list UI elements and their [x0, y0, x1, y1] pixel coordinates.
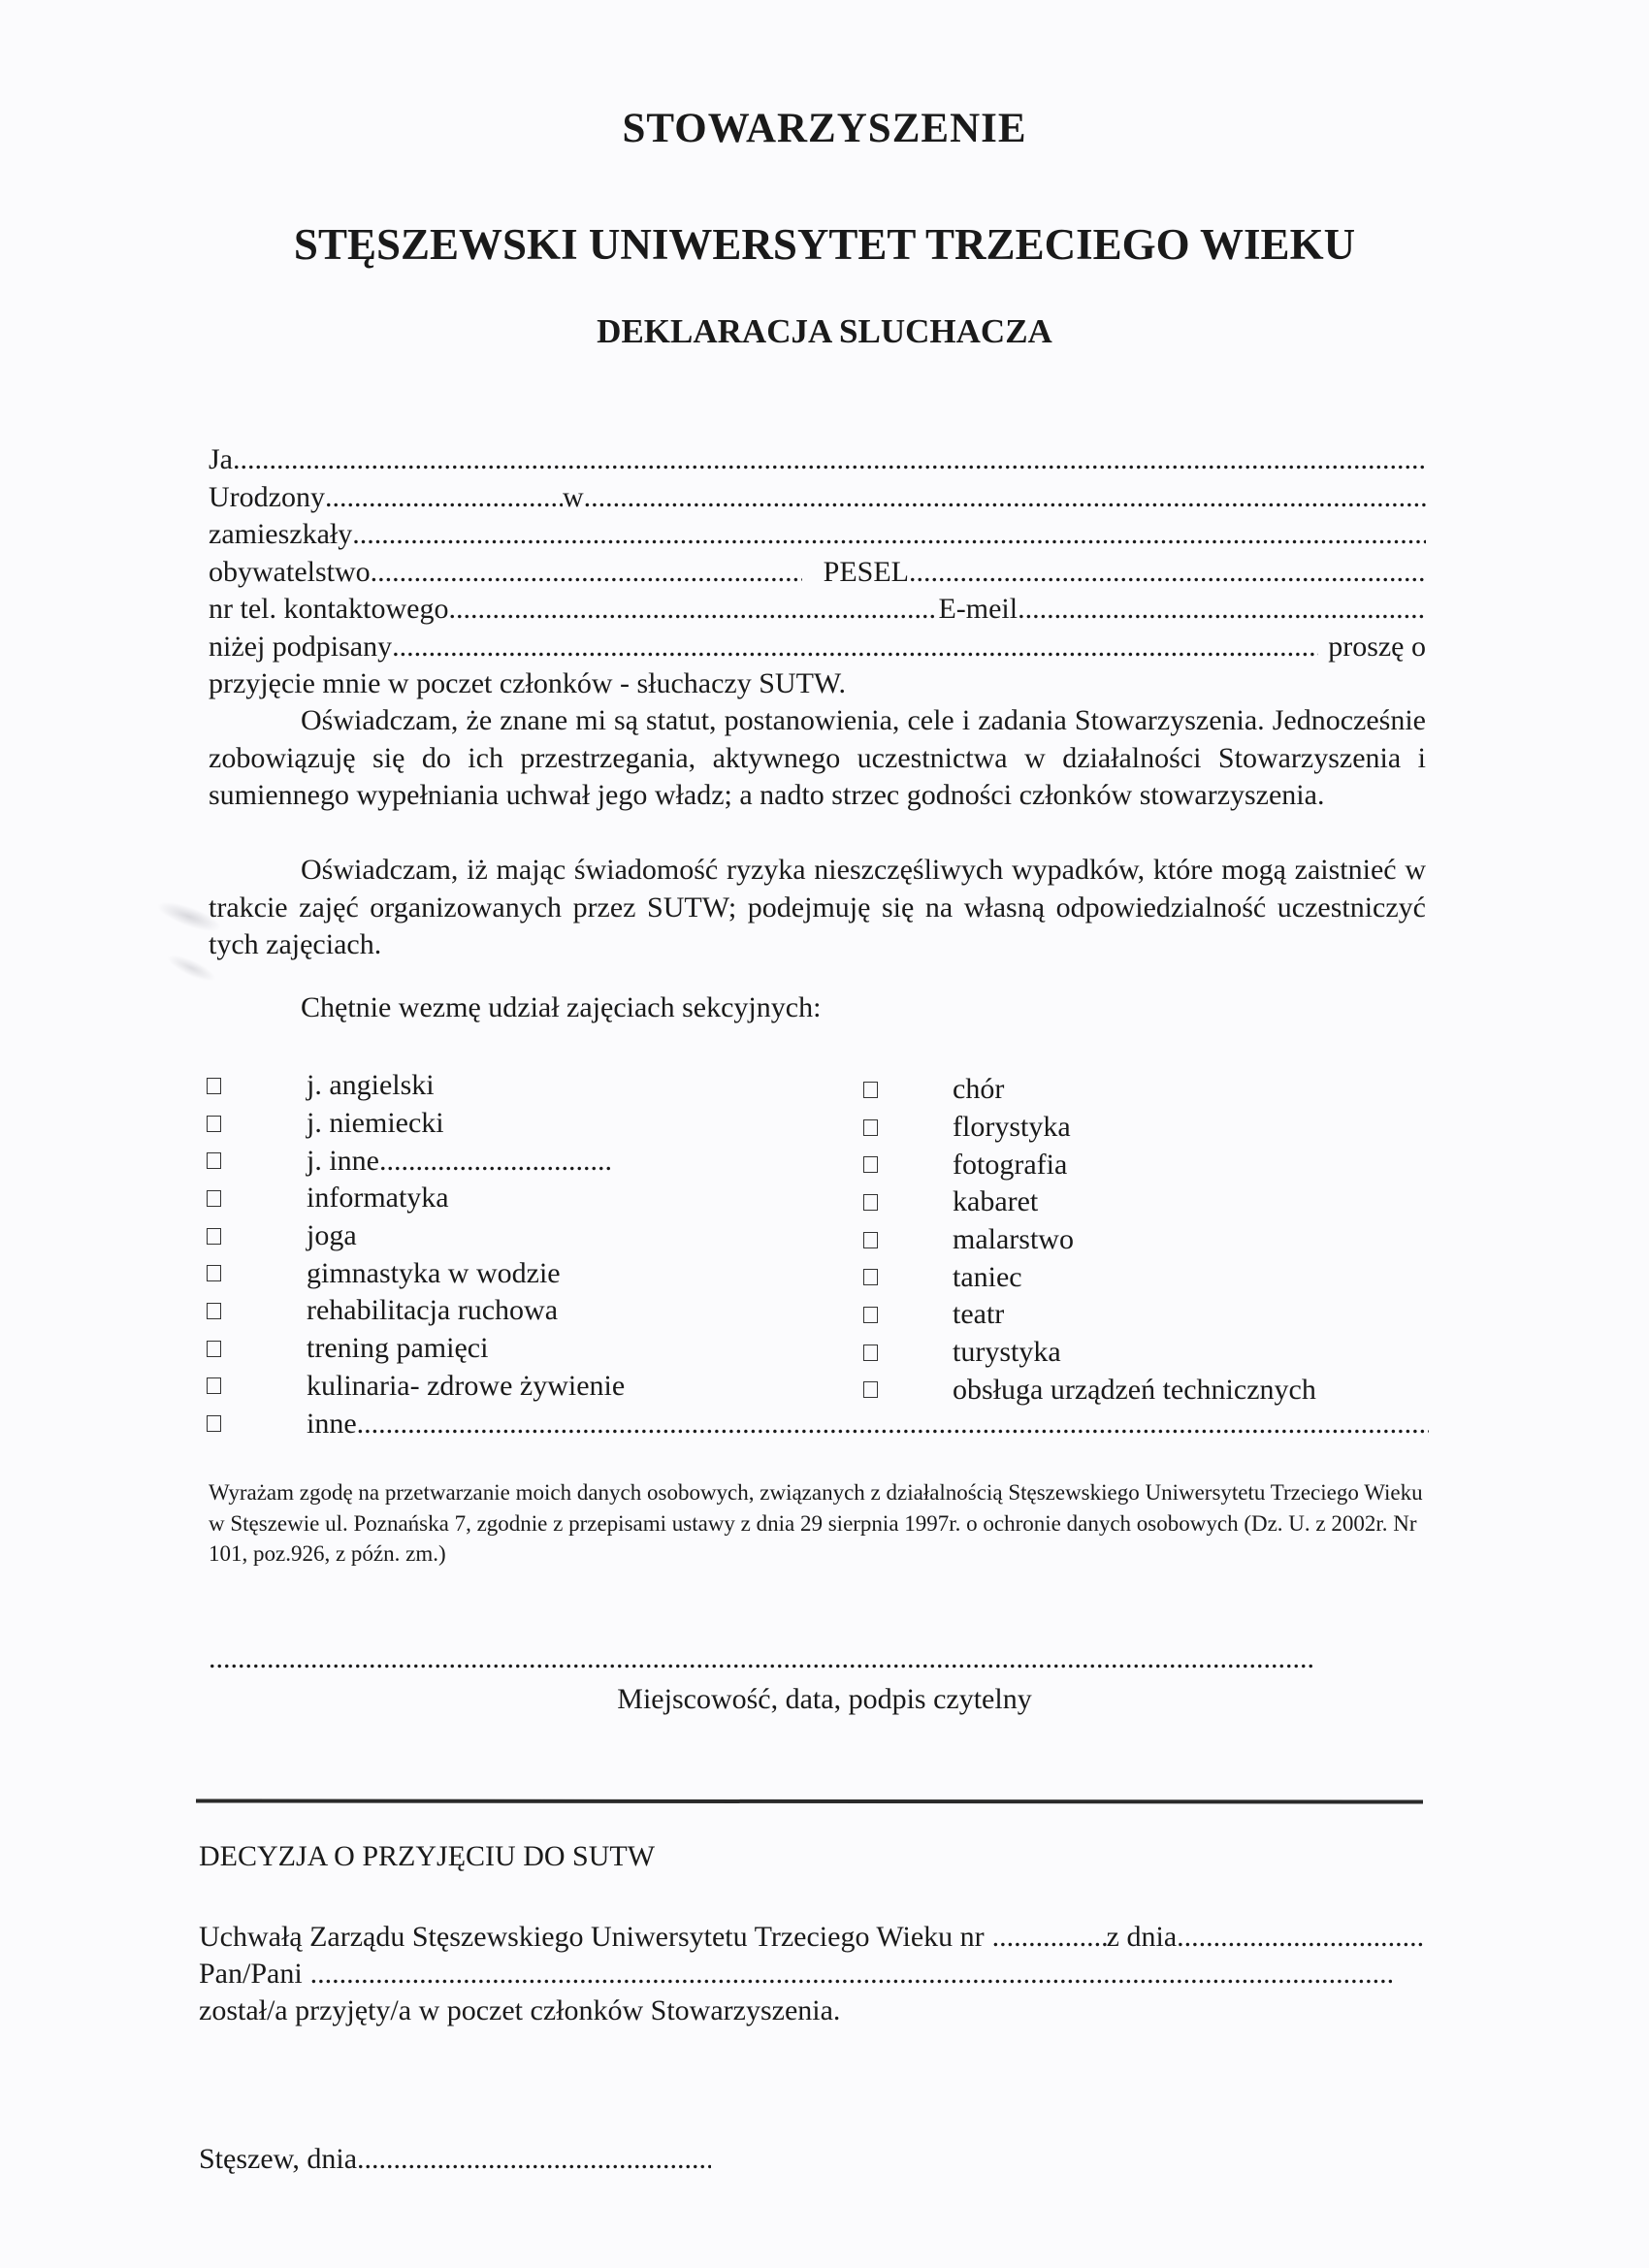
section-option: inne: [207, 1405, 1429, 1442]
member-label: Pan/Pani: [199, 1956, 303, 1993]
place-date-label: Stęszew, dnia: [199, 2141, 357, 2178]
field-name-row: Ja: [209, 441, 1426, 479]
signature-label: Miejscowość, data, podpis czytelny: [0, 1683, 1649, 1716]
field-email-label: E-meil: [938, 591, 1018, 629]
field-pesel-input[interactable]: [909, 554, 1426, 592]
data-consent-text: Wyrażam zgodę na przetwarzanie moich dan…: [209, 1477, 1426, 1570]
checkbox[interactable]: [207, 1415, 221, 1432]
resolution-row: Uchwałą Zarządu Stęszewskiego Uniwersyte…: [199, 1919, 1426, 1956]
decision-block: Uchwałą Zarządu Stęszewskiego Uniwersyte…: [199, 1919, 1426, 2178]
section-option-label: trening pamięci: [307, 1332, 488, 1365]
checkbox[interactable]: [863, 1381, 878, 1398]
resolution-label: Uchwałą Zarządu Stęszewskiego Uniwersyte…: [199, 1919, 985, 1956]
section-option: taniec: [863, 1258, 1406, 1296]
field-address-input[interactable]: [352, 516, 1426, 554]
field-citizenship-input[interactable]: [371, 554, 802, 592]
section-option-label: j. angielski: [307, 1069, 435, 1102]
section-option-label: florystyka: [953, 1111, 1071, 1144]
section-option-label: fotografia: [953, 1149, 1067, 1182]
checkbox[interactable]: [207, 1377, 221, 1394]
section-option: malarstwo: [863, 1221, 1406, 1259]
checkbox[interactable]: [863, 1119, 878, 1136]
field-birthdate-input[interactable]: [325, 479, 563, 517]
field-request-label: proszę o: [1328, 629, 1426, 666]
checkbox[interactable]: [207, 1341, 221, 1357]
section-option-label: kabaret: [953, 1185, 1038, 1218]
section-option-label: taniec: [953, 1261, 1022, 1294]
signature-input[interactable]: [209, 1642, 1423, 1683]
field-citizenship-label: obywatelstwo: [209, 554, 371, 592]
field-name-label: Ja: [209, 441, 233, 479]
admission-request-text: przyjęcie mnie w poczet członków - słuch…: [209, 665, 846, 703]
field-pesel-label: PESEL: [824, 554, 909, 592]
section-option-label: j. inne: [307, 1145, 379, 1178]
section-option-label: chór: [953, 1073, 1004, 1106]
section-option-label: rehabilitacja ruchowa: [307, 1294, 558, 1327]
field-admission-text: przyjęcie mnie w poczet członków - słuch…: [209, 665, 1426, 703]
checkbox[interactable]: [863, 1194, 878, 1211]
section-option-label: j. niemiecki: [307, 1107, 444, 1140]
resolution-date-label: z dnia: [1107, 1919, 1177, 1956]
member-row: Pan/Pani: [199, 1956, 1392, 1993]
org-type-heading: STOWARZYSZENIE: [0, 105, 1649, 152]
section-option-label: malarstwo: [953, 1223, 1074, 1256]
document-title: DEKLARACJA SLUCHACZA: [0, 312, 1649, 351]
section-option-label: inne: [307, 1408, 357, 1441]
section-option-label: turystyka: [953, 1336, 1061, 1369]
field-birthplace-label: w: [563, 479, 584, 517]
field-signed-input[interactable]: [392, 629, 1318, 666]
checkbox[interactable]: [207, 1190, 221, 1207]
declaration-liability: Oświadczam, iż mając świadomość ryzyka n…: [209, 852, 1426, 964]
checkbox[interactable]: [863, 1307, 878, 1323]
resolution-number-input[interactable]: [992, 1919, 1107, 1956]
field-signed-label: niżej podpisany: [209, 629, 392, 666]
section-option-label: informatyka: [307, 1182, 449, 1215]
section-option-label: joga: [307, 1219, 357, 1252]
section-option: obsługa urządzeń technicznych: [863, 1372, 1406, 1409]
checkbox[interactable]: [207, 1078, 221, 1094]
section-option: fotografia: [863, 1146, 1406, 1183]
member-name-input[interactable]: [310, 1956, 1392, 1993]
field-email-input[interactable]: [1018, 591, 1426, 629]
section-option-label: obsługa urządzeń technicznych: [953, 1374, 1316, 1407]
section-option-label: teatr: [953, 1298, 1004, 1331]
field-citizenship-row: obywatelstwo PESEL: [209, 554, 1426, 592]
section-option: teatr: [863, 1296, 1406, 1334]
checkbox[interactable]: [207, 1152, 221, 1169]
checkbox[interactable]: [863, 1156, 878, 1173]
field-address-row: zamieszkały: [209, 516, 1426, 554]
field-birthplace-input[interactable]: [584, 479, 1426, 517]
field-phone-label: nr tel. kontaktowego: [209, 591, 448, 629]
accepted-text: został/a przyjęty/a w poczet członków St…: [199, 1993, 840, 2029]
checkbox[interactable]: [207, 1303, 221, 1319]
section-option: kabaret: [863, 1183, 1406, 1221]
section-option-label: kulinaria- zdrowe żywienie: [307, 1370, 625, 1403]
field-address-label: zamieszkały: [209, 516, 352, 554]
section-option: turystyka: [863, 1334, 1406, 1372]
declaration-statute: Oświadczam, że znane mi są statut, posta…: [209, 702, 1426, 815]
checkbox[interactable]: [863, 1345, 878, 1361]
checkbox[interactable]: [207, 1228, 221, 1245]
resolution-date-input[interactable]: [1177, 1919, 1426, 1956]
section-option-label: gimnastyka w wodzie: [307, 1257, 561, 1290]
checkbox[interactable]: [863, 1232, 878, 1248]
decision-title: DECYZJA O PRZYJĘCIU DO SUTW: [199, 1840, 655, 1873]
field-phone-row: nr tel. kontaktowego E-meil: [209, 591, 1426, 629]
checkbox[interactable]: [207, 1265, 221, 1281]
field-phone-input[interactable]: [448, 591, 938, 629]
section-other-input[interactable]: [379, 1145, 612, 1178]
field-birth-label: Urodzony: [209, 479, 325, 517]
section-divider: [196, 1798, 1423, 1803]
checkbox[interactable]: [863, 1269, 878, 1285]
sections-heading: Chętnie wezmę udział zajęciach sekcyjnyc…: [301, 991, 821, 1024]
sections-right-column: chórflorystykafotografiakabaretmalarstwo…: [863, 1071, 1406, 1409]
place-date-input[interactable]: [357, 2141, 711, 2178]
checkbox[interactable]: [207, 1116, 221, 1132]
personal-data-fields: Ja Urodzony w zamieszkały obywatelstwo P…: [209, 441, 1426, 703]
field-signed-row: niżej podpisany proszę o: [209, 629, 1426, 666]
field-birth-row: Urodzony w: [209, 479, 1426, 517]
accepted-row: został/a przyjęty/a w poczet członków St…: [199, 1993, 1426, 2029]
org-name-heading: STĘSZEWSKI UNIWERSYTET TRZECIEGO WIEKU: [0, 219, 1649, 270]
section-option: florystyka: [863, 1109, 1406, 1147]
section-other-input[interactable]: [357, 1408, 1429, 1441]
checkbox[interactable]: [863, 1082, 878, 1098]
field-name-input[interactable]: [233, 441, 1426, 479]
section-option: chór: [863, 1071, 1406, 1109]
place-date-row: Stęszew, dnia: [199, 2141, 1426, 2178]
